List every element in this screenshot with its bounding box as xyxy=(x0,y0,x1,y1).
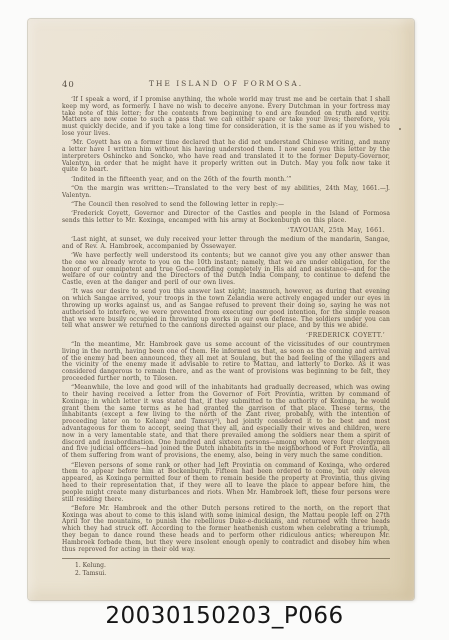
running-title: THE ISLAND OF FORMOSA. xyxy=(62,79,390,88)
paragraph: ‘Mr. Coyett has on a former time declare… xyxy=(62,140,390,174)
paragraph: “On the margin was written:—Translated t… xyxy=(62,186,390,200)
paragraph: “Before Mr. Hambroek and the other Dutch… xyxy=(62,506,390,554)
paragraph: ‘It was our desire to send you this answ… xyxy=(62,289,390,330)
page-number: 40 xyxy=(62,80,75,90)
footnote: 2. Tamsui. xyxy=(75,570,390,577)
paragraph: ‘Indited in the fifteenth year, and on t… xyxy=(62,177,390,184)
footnote: 1. Kelung. xyxy=(75,562,390,569)
paragraph: ‘TAYOUAN, 25th May, 1661. xyxy=(62,228,390,235)
paragraph: ‘If I speak a word, if I promise anythin… xyxy=(62,97,390,138)
image-id-caption: 20030150203_P066 xyxy=(0,603,449,629)
page-body: ‘If I speak a word, if I promise anythin… xyxy=(62,97,390,553)
paragraph: “In the meantime, Mr. Hambroek gave us s… xyxy=(62,342,390,383)
paragraph: ‘We have perfectly well understood its c… xyxy=(62,253,390,287)
paragraph: “Eleven persons of some rank or other ha… xyxy=(62,463,390,504)
paragraph: “The Council then resolved to send the f… xyxy=(62,202,390,209)
ink-speck xyxy=(399,128,401,130)
paragraph: ‘Frederick Coyett, Governor and Director… xyxy=(62,211,390,225)
footnotes-section: 1. Kelung.2. Tamsui. xyxy=(62,558,390,577)
scanned-book-page: 40 THE ISLAND OF FORMOSA. ‘If I speak a … xyxy=(28,19,414,600)
paragraph: ‘FREDERICK COYETT.’ xyxy=(62,333,390,340)
paragraph: “Meanwhile, the love and good will of th… xyxy=(62,385,390,460)
page-header: 40 THE ISLAND OF FORMOSA. xyxy=(62,79,390,92)
paragraph: ‘Last night, at sunset, we duly received… xyxy=(62,237,390,251)
page-content: 40 THE ISLAND OF FORMOSA. ‘If I speak a … xyxy=(62,79,390,579)
